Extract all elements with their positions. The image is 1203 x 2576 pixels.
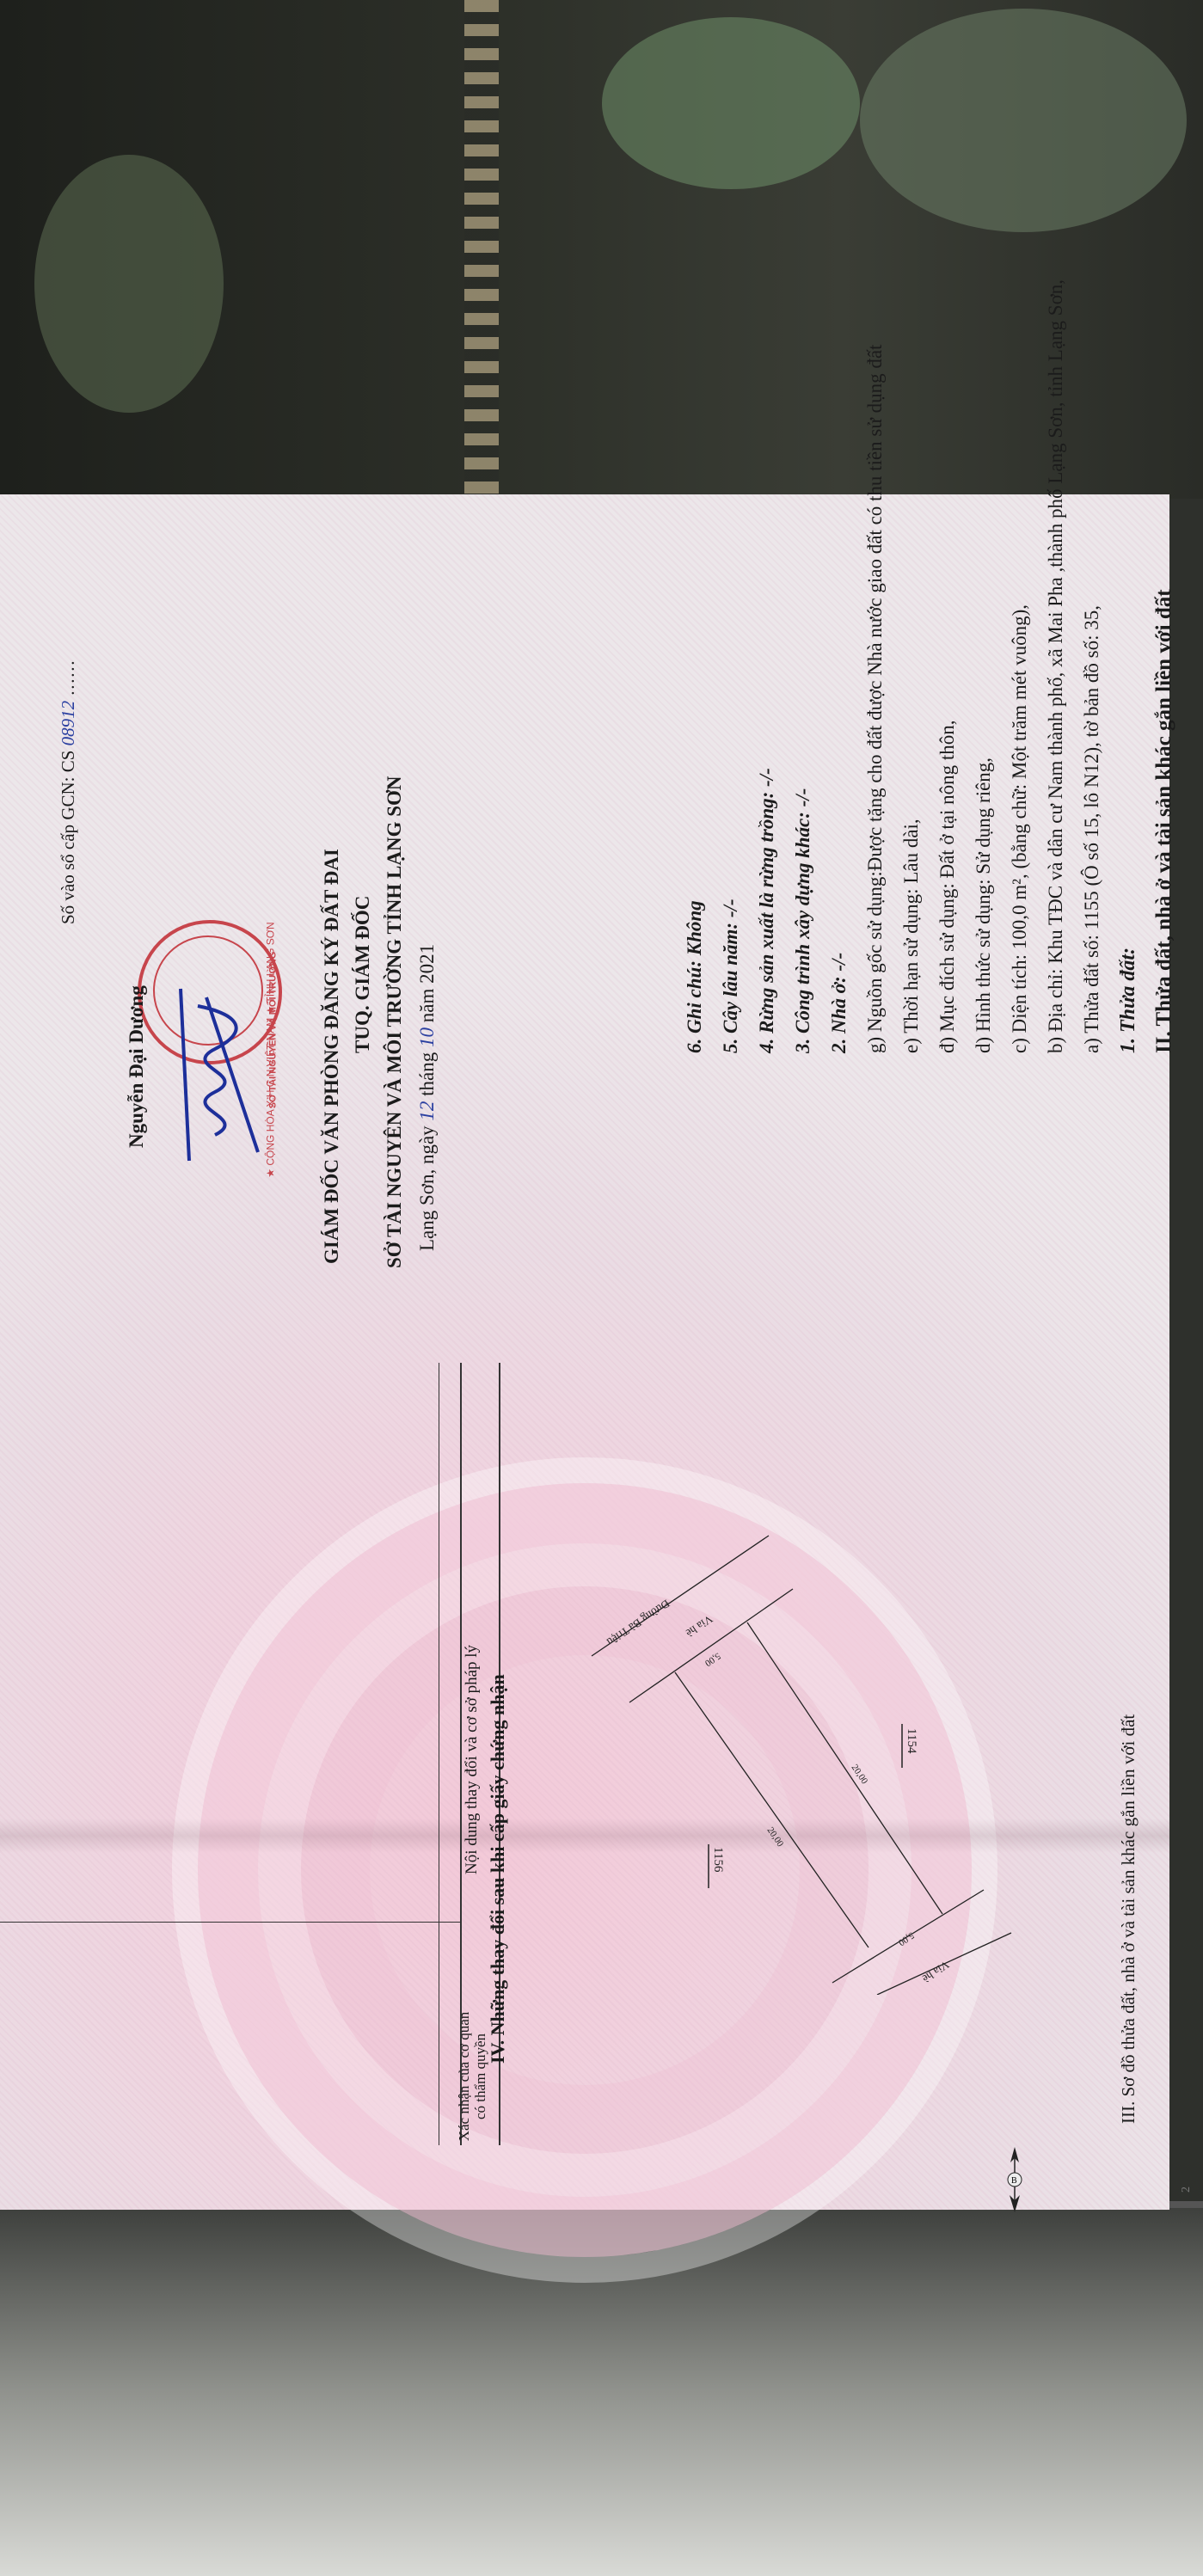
field-usage-origin: g) Nguồn gốc sử dụng:Được tặng cho đất đ… [859, 345, 892, 1053]
field-address: b) Địa chỉ: Khu TĐC và dân cư Nam thành … [1040, 279, 1072, 1053]
sub-heading-land: 1. Thửa đất: [1112, 948, 1145, 1053]
section-ii-title: II. Thửa đất, nhà ở và tài sản khác gắn … [1148, 589, 1181, 1053]
registry-number: Số vào sổ cấp GCN: CS 08912 …… [52, 660, 84, 924]
background-lacquer-table [0, 0, 1203, 499]
item-other-construction: 3. Công trình xây dựng khác: -/- [787, 788, 819, 1053]
north-arrow-icon: B [1002, 2145, 1028, 2214]
signer-name: Nguyễn Đại Dương [120, 985, 153, 1148]
stamp-inner-text: SỞ TÀI NGUYÊN VÀ MÔI TRƯỜNG [267, 952, 278, 1109]
decor-tree [860, 9, 1187, 232]
length-bottom-label: 20,00 [765, 1825, 786, 1849]
field-parcel-number: a) Thửa đất số: 1155 (Ô số 15, lô N12), … [1076, 605, 1108, 1053]
item-notes: 6. Ghi chú: Không [678, 900, 711, 1053]
issuing-department: SỞ TÀI NGUYÊN VÀ MÔI TRƯỜNG TỈNH LẠNG SƠ… [378, 776, 411, 1268]
svg-text:B: B [1011, 2176, 1017, 2186]
signer-title: GIÁM ĐỐC VĂN PHÒNG ĐĂNG KÝ ĐẤT ĐAI [316, 849, 348, 1264]
column-header-change-content: Nội dung thay đổi và cơ sở pháp lý [456, 1645, 488, 1874]
date-month-label: tháng [416, 1052, 438, 1096]
decor-branch [34, 155, 224, 413]
field-usage-purpose: đ) Mục đích sử dụng: Đất ở tại nông thôn… [931, 721, 964, 1053]
section-iii-title: III. Sơ đồ thửa đất, nhà ở và tài sản kh… [1112, 1714, 1145, 2124]
date-year: năm 2021 [416, 944, 438, 1022]
issue-date: Lạng Sơn, ngày 12 tháng 10 năm 2021 [411, 944, 444, 1251]
street-label: Đường Bà Triệu [605, 1598, 672, 1649]
neighbor-parcel-1154: 1154 [905, 1728, 918, 1754]
signature [163, 980, 267, 1169]
field-usage-form: d) Hình thức sử dụng: Sử dụng riêng, [967, 757, 1000, 1053]
neighbor-parcel-1156: 1156 [711, 1847, 725, 1873]
field-area: c) Diện tích: 100,0 m², (bằng chữ: Một t… [1004, 604, 1036, 1053]
decor-border-pattern [464, 0, 499, 499]
page-mark: 2 [1180, 2187, 1194, 2193]
item-production-forest: 4. Rừng sản xuất là rừng trồng: -/- [751, 768, 783, 1053]
date-day: 12 [416, 1101, 438, 1121]
back-width-label: 5,00 [896, 1930, 916, 1948]
authorization-line: TUQ. GIÁM ĐỐC [347, 896, 379, 1053]
field-usage-term: e) Thời hạn sử dụng: Lâu dài, [895, 819, 928, 1053]
item-perennial-trees: 5. Cây lâu năm: -/- [715, 899, 747, 1053]
registry-value: 08912 [58, 701, 78, 746]
length-top-label: 20,00 [850, 1763, 870, 1787]
decor-flower [602, 17, 860, 189]
date-prefix: Lạng Sơn, ngày [416, 1125, 438, 1251]
front-width-label: 5,00 [703, 1651, 722, 1669]
date-month: 10 [416, 1027, 438, 1047]
column-header-confirmation: Xác nhận của cơ quan có thẩm quyền [456, 2008, 488, 2145]
parcel-diagram: Đường Bà Triệu Vỉa hè 5,00 20,00 20,00 5… [568, 1513, 1049, 1995]
sidewalk-back-label: Vỉa hè [920, 1959, 952, 1986]
sidewalk-front-label: Vỉa hè [684, 1613, 715, 1641]
registry-label: Số vào sổ cấp GCN: CS [58, 751, 78, 924]
changes-table [0, 1363, 500, 2145]
item-house: 2. Nhà ở: -/- [823, 953, 856, 1053]
